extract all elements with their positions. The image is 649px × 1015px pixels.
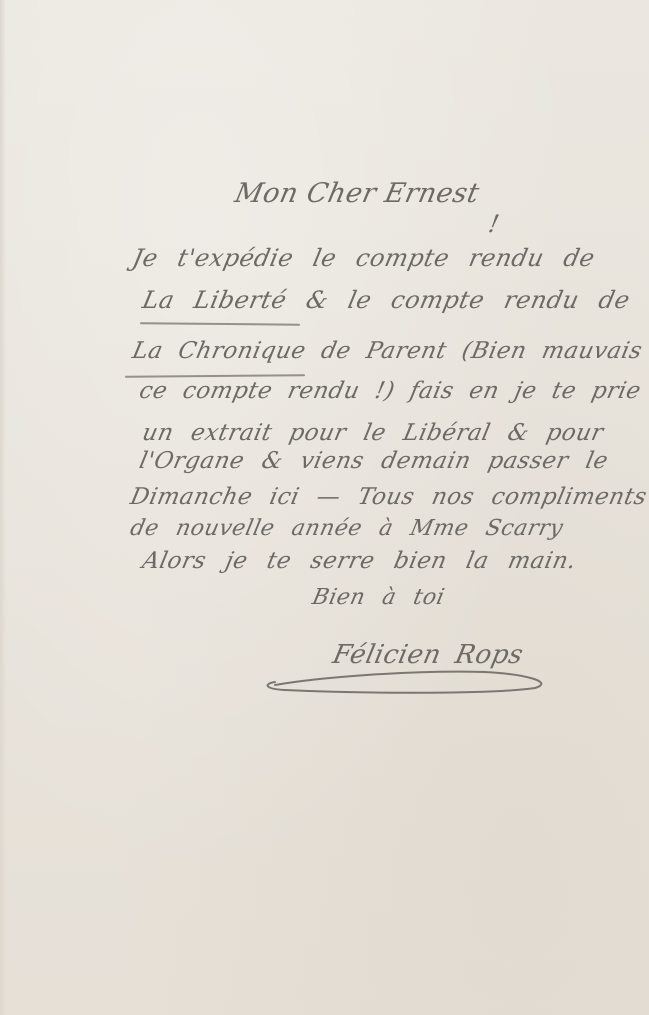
body-line-6: l'Organe & viens demain passer le <box>137 448 611 474</box>
salutation: Mon Cher Ernest <box>232 178 482 209</box>
body-line-3: La Chronique de Parent (Bien mauvais <box>130 338 645 364</box>
paper-edge <box>0 0 6 1015</box>
letter-page: Mon Cher Ernest ! Je t'expédie le compte… <box>0 0 649 1015</box>
signature-flourish-icon <box>255 660 555 700</box>
body-line-5: un extrait pour le Libéral & pour <box>140 420 606 446</box>
salutation-exclamation: ! <box>486 210 502 238</box>
body-line-4: ce compte rendu !) fais en je te prie <box>137 378 643 404</box>
underline-la-liberte <box>140 322 300 325</box>
closing: Bien à toi <box>310 585 447 610</box>
body-line-8: de nouvelle année à Mme Scarry <box>128 516 566 541</box>
body-line-1: Je t'expédie le compte rendu de <box>130 244 597 272</box>
body-line-2: La Liberté & le compte rendu de <box>140 286 633 314</box>
body-line-7: Dimanche ici — Tous nos compliments <box>128 484 649 510</box>
body-line-9: Alors je te serre bien la main. <box>140 548 579 574</box>
